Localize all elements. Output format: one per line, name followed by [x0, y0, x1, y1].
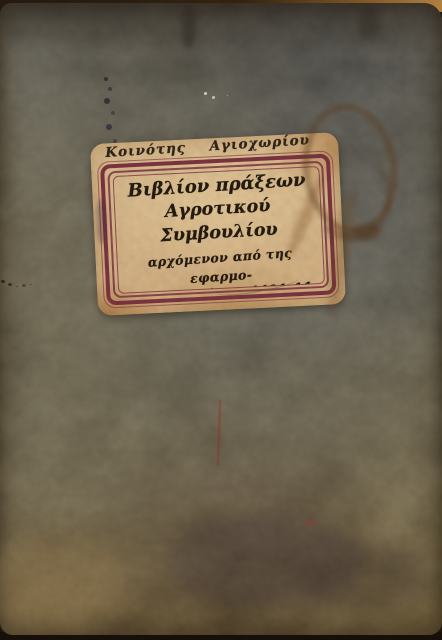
white-specks: [204, 92, 207, 95]
left-edge-scribble: [1, 280, 5, 283]
red-smudge-bottom: [303, 520, 317, 526]
paper-label: Κοινότης Αγιοχωρίου Βιβλίον πράξεων Αγρο…: [90, 132, 346, 316]
ring-stain-blob: [350, 223, 382, 240]
cover-texture-coarse: [0, 3, 442, 635]
top-edge-shadow: [0, 3, 442, 61]
ink-streak-top-right: [358, 3, 380, 39]
ink-streak-top-left: [182, 3, 196, 49]
red-scratch-line: [217, 400, 221, 466]
bottom-stain-small: [298, 543, 433, 613]
notebook-cover: Κοινότης Αγιοχωρίου Βιβλίον πράξεων Αγρο…: [0, 3, 442, 635]
ink-spatter-marks: [104, 77, 108, 81]
photo-grain-overlay: [0, 3, 442, 635]
cover-texture-light: [0, 3, 442, 635]
bottom-worn-patch: [0, 538, 130, 633]
bottom-stain-large: [168, 515, 363, 610]
photo-stage: Κοινότης Αγιοχωρίου Βιβλίον πράξεων Αγρο…: [0, 0, 442, 640]
label-frame-inner: Βιβλίον πράξεων Αγροτικού Συμβουλίου αρχ…: [112, 166, 325, 294]
